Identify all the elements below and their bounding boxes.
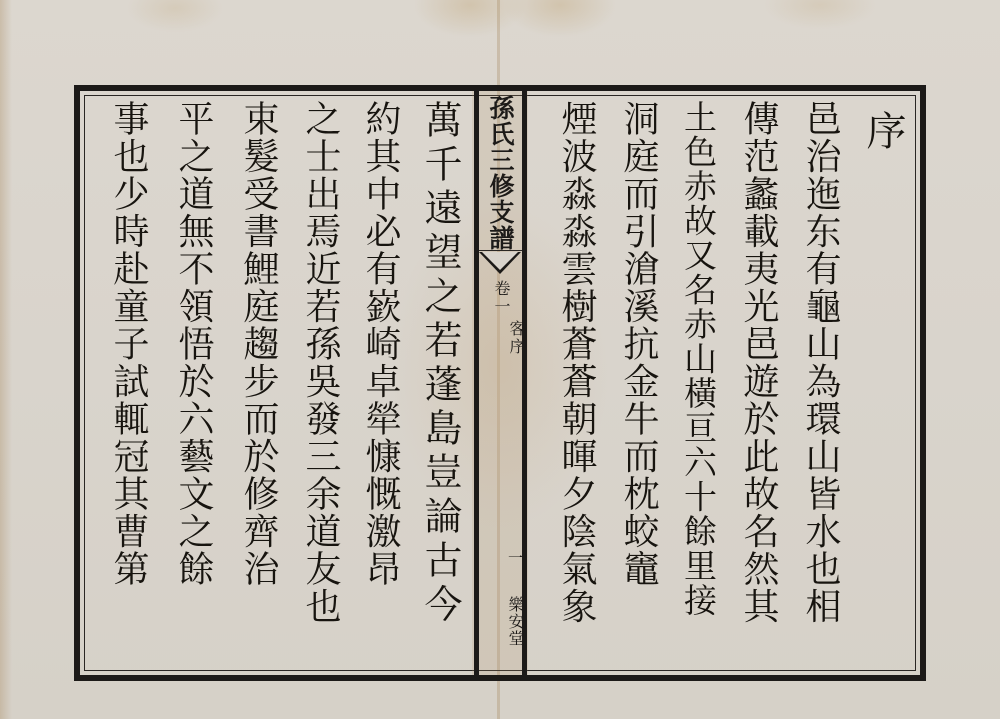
volume-label: 卷一 <box>490 280 513 316</box>
fishtail-inner <box>482 252 518 270</box>
text-column-left-4: 束髮受書鯉庭趨步而於修齊治 <box>228 100 288 670</box>
text-column-right-2: 傳范蠡載夷光邑遊於此故名然其 <box>728 100 788 670</box>
center-right-rule <box>522 91 527 675</box>
text-column-left-2: 約其中必有嶔崎卓犖慷慨激昂 <box>350 100 410 670</box>
text-column-right-1: 邑治迤东有龜山為環山皆水也相 <box>790 100 850 670</box>
preface-heading: 序 <box>855 110 912 150</box>
text-column-left-6: 事也少時赴童子試輒冠其曹第 <box>98 100 158 670</box>
text-column-left-3: 之士出焉近若孫吳發三余道友也 <box>290 100 350 670</box>
section-label: 客序 <box>505 320 528 356</box>
text-column-right-4: 洞庭而引滄溪抗金牛而枕蛟竈 <box>608 100 668 670</box>
page-number: 一 <box>505 550 526 565</box>
text-column-left-1: 萬千遠望之若蓬島豈論古今 <box>410 100 470 670</box>
text-column-right-5: 煙波淼淼雲樹蒼蒼朝暉夕陰氣象 <box>546 100 606 670</box>
hall-name: 樂安堂 <box>504 596 527 647</box>
book-title: 孫氏三修支譜 <box>479 95 522 251</box>
text-column-right-3: 土色赤故又名赤山橫亘六十餘里接 <box>668 100 728 670</box>
text-column-left-5: 平之道無不領悟於六藝文之餘 <box>163 100 223 670</box>
